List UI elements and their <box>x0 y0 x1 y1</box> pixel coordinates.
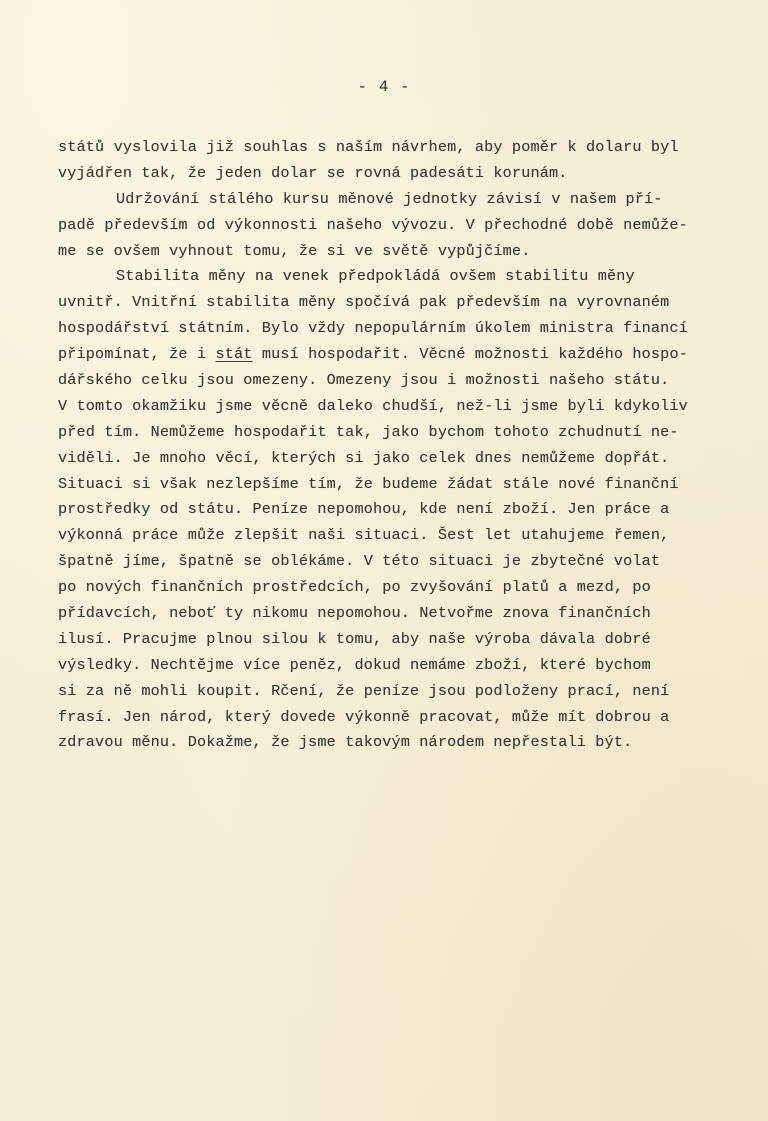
page-number: - 4 - <box>0 78 768 96</box>
text-line: padě především od výkonnosti našeho vývo… <box>58 213 758 239</box>
text-line: si za ně mohli koupit. Rčení, že peníze … <box>58 679 758 705</box>
text-segment: musí hospodařit. Věcné možnosti každého … <box>253 345 688 363</box>
text-line: uvnitř. Vnitřní stabilita měny spočívá p… <box>58 290 758 316</box>
text-line: frasí. Jen národ, který dovede výkonně p… <box>58 705 758 731</box>
text-line: dářského celku jsou omezeny. Omezeny jso… <box>58 368 758 394</box>
text-line: po nových finančních prostředcích, po zv… <box>58 575 758 601</box>
text-line: Stabilita měny na venek předpokládá ovše… <box>58 264 758 290</box>
text-line: prostředky od státu. Peníze nepomohou, k… <box>58 497 758 523</box>
text-segment: připomínat, že i <box>58 345 216 363</box>
text-line: viděli. Je mnoho věcí, kterých si jako c… <box>58 446 758 472</box>
text-line: výkonná práce může zlepšit naši situaci.… <box>58 523 758 549</box>
text-line: V tomto okamžiku jsme věcně daleko chudš… <box>58 394 758 420</box>
text-line: Udržování stálého kursu měnové jednotky … <box>58 187 758 213</box>
text-line: přídavcích, neboť ty nikomu nepomohou. N… <box>58 601 758 627</box>
body-text: států vyslovila již souhlas s naším návr… <box>58 135 758 756</box>
text-line: připomínat, že i stát musí hospodařit. V… <box>58 342 758 368</box>
text-line: hospodářství státním. Bylo vždy nepopulá… <box>58 316 758 342</box>
text-line: zdravou měnu. Dokažme, že jsme takovým n… <box>58 730 758 756</box>
text-line: ilusí. Pracujme plnou silou k tomu, aby … <box>58 627 758 653</box>
text-line: špatně jíme, špatně se oblékáme. V této … <box>58 549 758 575</box>
text-line: před tím. Nemůžeme hospodařit tak, jako … <box>58 420 758 446</box>
underlined-word: stát <box>216 345 253 363</box>
text-line: výsledky. Nechtějme více peněz, dokud ne… <box>58 653 758 679</box>
text-line: vyjádřen tak, že jeden dolar se rovná pa… <box>58 161 758 187</box>
text-line: Situaci si však nezlepšíme tím, že budem… <box>58 472 758 498</box>
text-line: me se ovšem vyhnout tomu, že si ve světě… <box>58 239 758 265</box>
text-line: států vyslovila již souhlas s naším návr… <box>58 135 758 161</box>
